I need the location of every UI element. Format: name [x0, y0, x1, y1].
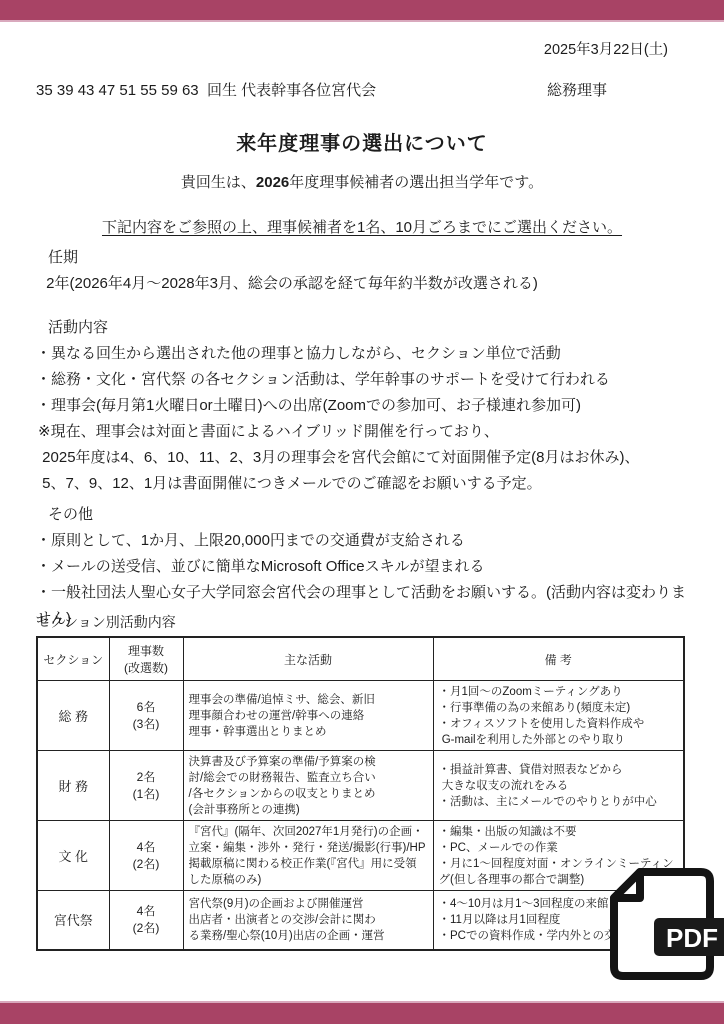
subtitle-post: 年度理事候補者の選出担当学年です。: [289, 174, 543, 191]
cell-notes: ・月1回〜のZoomミーティングあり ・行事準備の為の来館あり(頻度未定) ・オ…: [433, 681, 684, 751]
page-title: 来年度理事の選出について: [0, 127, 724, 156]
subtitle-year: 2026: [256, 174, 289, 191]
section-activity-table: セクション 理事数 (改選数) 主な活動 備 考 総 務 6名 (3名) 理事会…: [36, 636, 685, 951]
subtitle: 貴回生は、2026年度理事候補者の選出担当学年です。: [0, 171, 724, 192]
table-row: 宮代祭 4名 (2名) 宮代祭(9月)の企画および開催運営 出店者・出演者との交…: [37, 891, 684, 950]
cell-main: 宮代祭(9月)の企画および開催運営 出店者・出演者との交渉/会計に関わ る業務/…: [183, 891, 433, 950]
header-notes: 備 考: [433, 637, 684, 681]
cell-main: 『宮代』(隔年、次回2027年1月発行)の企画・立案・編集・渉外・発行・発送/撮…: [183, 821, 433, 891]
folded-corner-shape: [614, 872, 640, 898]
document-page: 2025年3月22日(土) 35 39 43 47 51 55 59 63 回生…: [0, 0, 724, 1024]
others-item: ・メールの送受信、並びに簡単なMicrosoft Officeスキルが望まれる: [36, 554, 698, 580]
others-heading: その他: [48, 502, 698, 528]
cell-notes: ・損益計算書、貸借対照表などから 大きな収支の流れをみる ・活動は、主にメールで…: [433, 751, 684, 821]
cell-main: 理事会の準備/追悼ミサ、総会、新旧 理事顔合わせの運営/幹事への連絡 理事・幹事…: [183, 681, 433, 751]
pdf-badge-label: PDF: [666, 923, 718, 953]
cell-section: 文 化: [37, 821, 109, 891]
top-frame-bar: [0, 0, 724, 22]
table-caption: セクション別活動内容: [36, 612, 176, 632]
activity-item: ・理事会(毎月第1火曜日or土曜日)への出席(Zoomでの参加可、お子様連れ参加…: [36, 393, 698, 419]
activity-item: ・異なる回生から選出された他の理事と協力しながら、セクション単位で活動: [36, 341, 698, 367]
cell-section: 宮代祭: [37, 891, 109, 950]
cell-section: 財 務: [37, 751, 109, 821]
table-row: 総 務 6名 (3名) 理事会の準備/追悼ミサ、総会、新旧 理事顔合わせの運営/…: [37, 681, 684, 751]
pdf-file-icon[interactable]: PDF: [594, 866, 724, 984]
activity-note: 2025年度は4、6、10、11、2、3月の理事会を宮代会館にて対面開催予定(8…: [38, 445, 698, 471]
header-main: 主な活動: [183, 637, 433, 681]
table-row: 文 化 4名 (2名) 『宮代』(隔年、次回2027年1月発行)の企画・立案・編…: [37, 821, 684, 891]
table-row: 財 務 2名 (1名) 決算書及び予算案の準備/予算案の検 討/総会での財務報告…: [37, 751, 684, 821]
bottom-frame-bar: [0, 1001, 724, 1024]
instruction-line: 下記内容をご参照の上、理事候補者を1名、10月ごろまでにご選出ください。: [0, 216, 724, 237]
cell-main: 決算書及び予算案の準備/予算案の検 討/総会での財務報告、監査立ち合い /各セク…: [183, 751, 433, 821]
address-row: 35 39 43 47 51 55 59 63 回生 代表幹事各位宮代会 総務理…: [36, 79, 724, 100]
activity-item: ・総務・文化・宮代祭 の各セクション活動は、学年幹事のサポートを受けて行われる: [36, 367, 698, 393]
document-body: 任期 2年(2026年4月〜2028年3月、総会の承認を経て毎年約半数が改選され…: [36, 245, 698, 632]
cell-count: 6名 (3名): [109, 681, 183, 751]
subtitle-pre: 貴回生は、: [181, 174, 256, 191]
document-date: 2025年3月22日(土): [544, 38, 668, 59]
header-count: 理事数 (改選数): [109, 637, 183, 681]
sender-line: 総務理事: [547, 79, 607, 100]
header-section: セクション: [37, 637, 109, 681]
activity-note: ※現在、理事会は対面と書面によるハイブリッド開催を行っており、: [38, 419, 698, 445]
cell-count: 4名 (2名): [109, 821, 183, 891]
cell-count: 2名 (1名): [109, 751, 183, 821]
cell-section: 総 務: [37, 681, 109, 751]
recipient-line: 35 39 43 47 51 55 59 63 回生 代表幹事各位宮代会: [36, 79, 376, 100]
table-header-row: セクション 理事数 (改選数) 主な活動 備 考: [37, 637, 684, 681]
activity-note: 5、7、9、12、1月は書面開催につきメールでのご確認をお願いする予定。: [38, 471, 698, 497]
term-heading: 任期: [48, 245, 698, 271]
term-body: 2年(2026年4月〜2028年3月、総会の承認を経て毎年約半数が改選される): [42, 271, 698, 297]
others-item: ・原則として、1か月、上限20,000円までの交通費が支給される: [36, 528, 698, 554]
cell-count: 4名 (2名): [109, 891, 183, 950]
activities-heading: 活動内容: [48, 315, 698, 341]
